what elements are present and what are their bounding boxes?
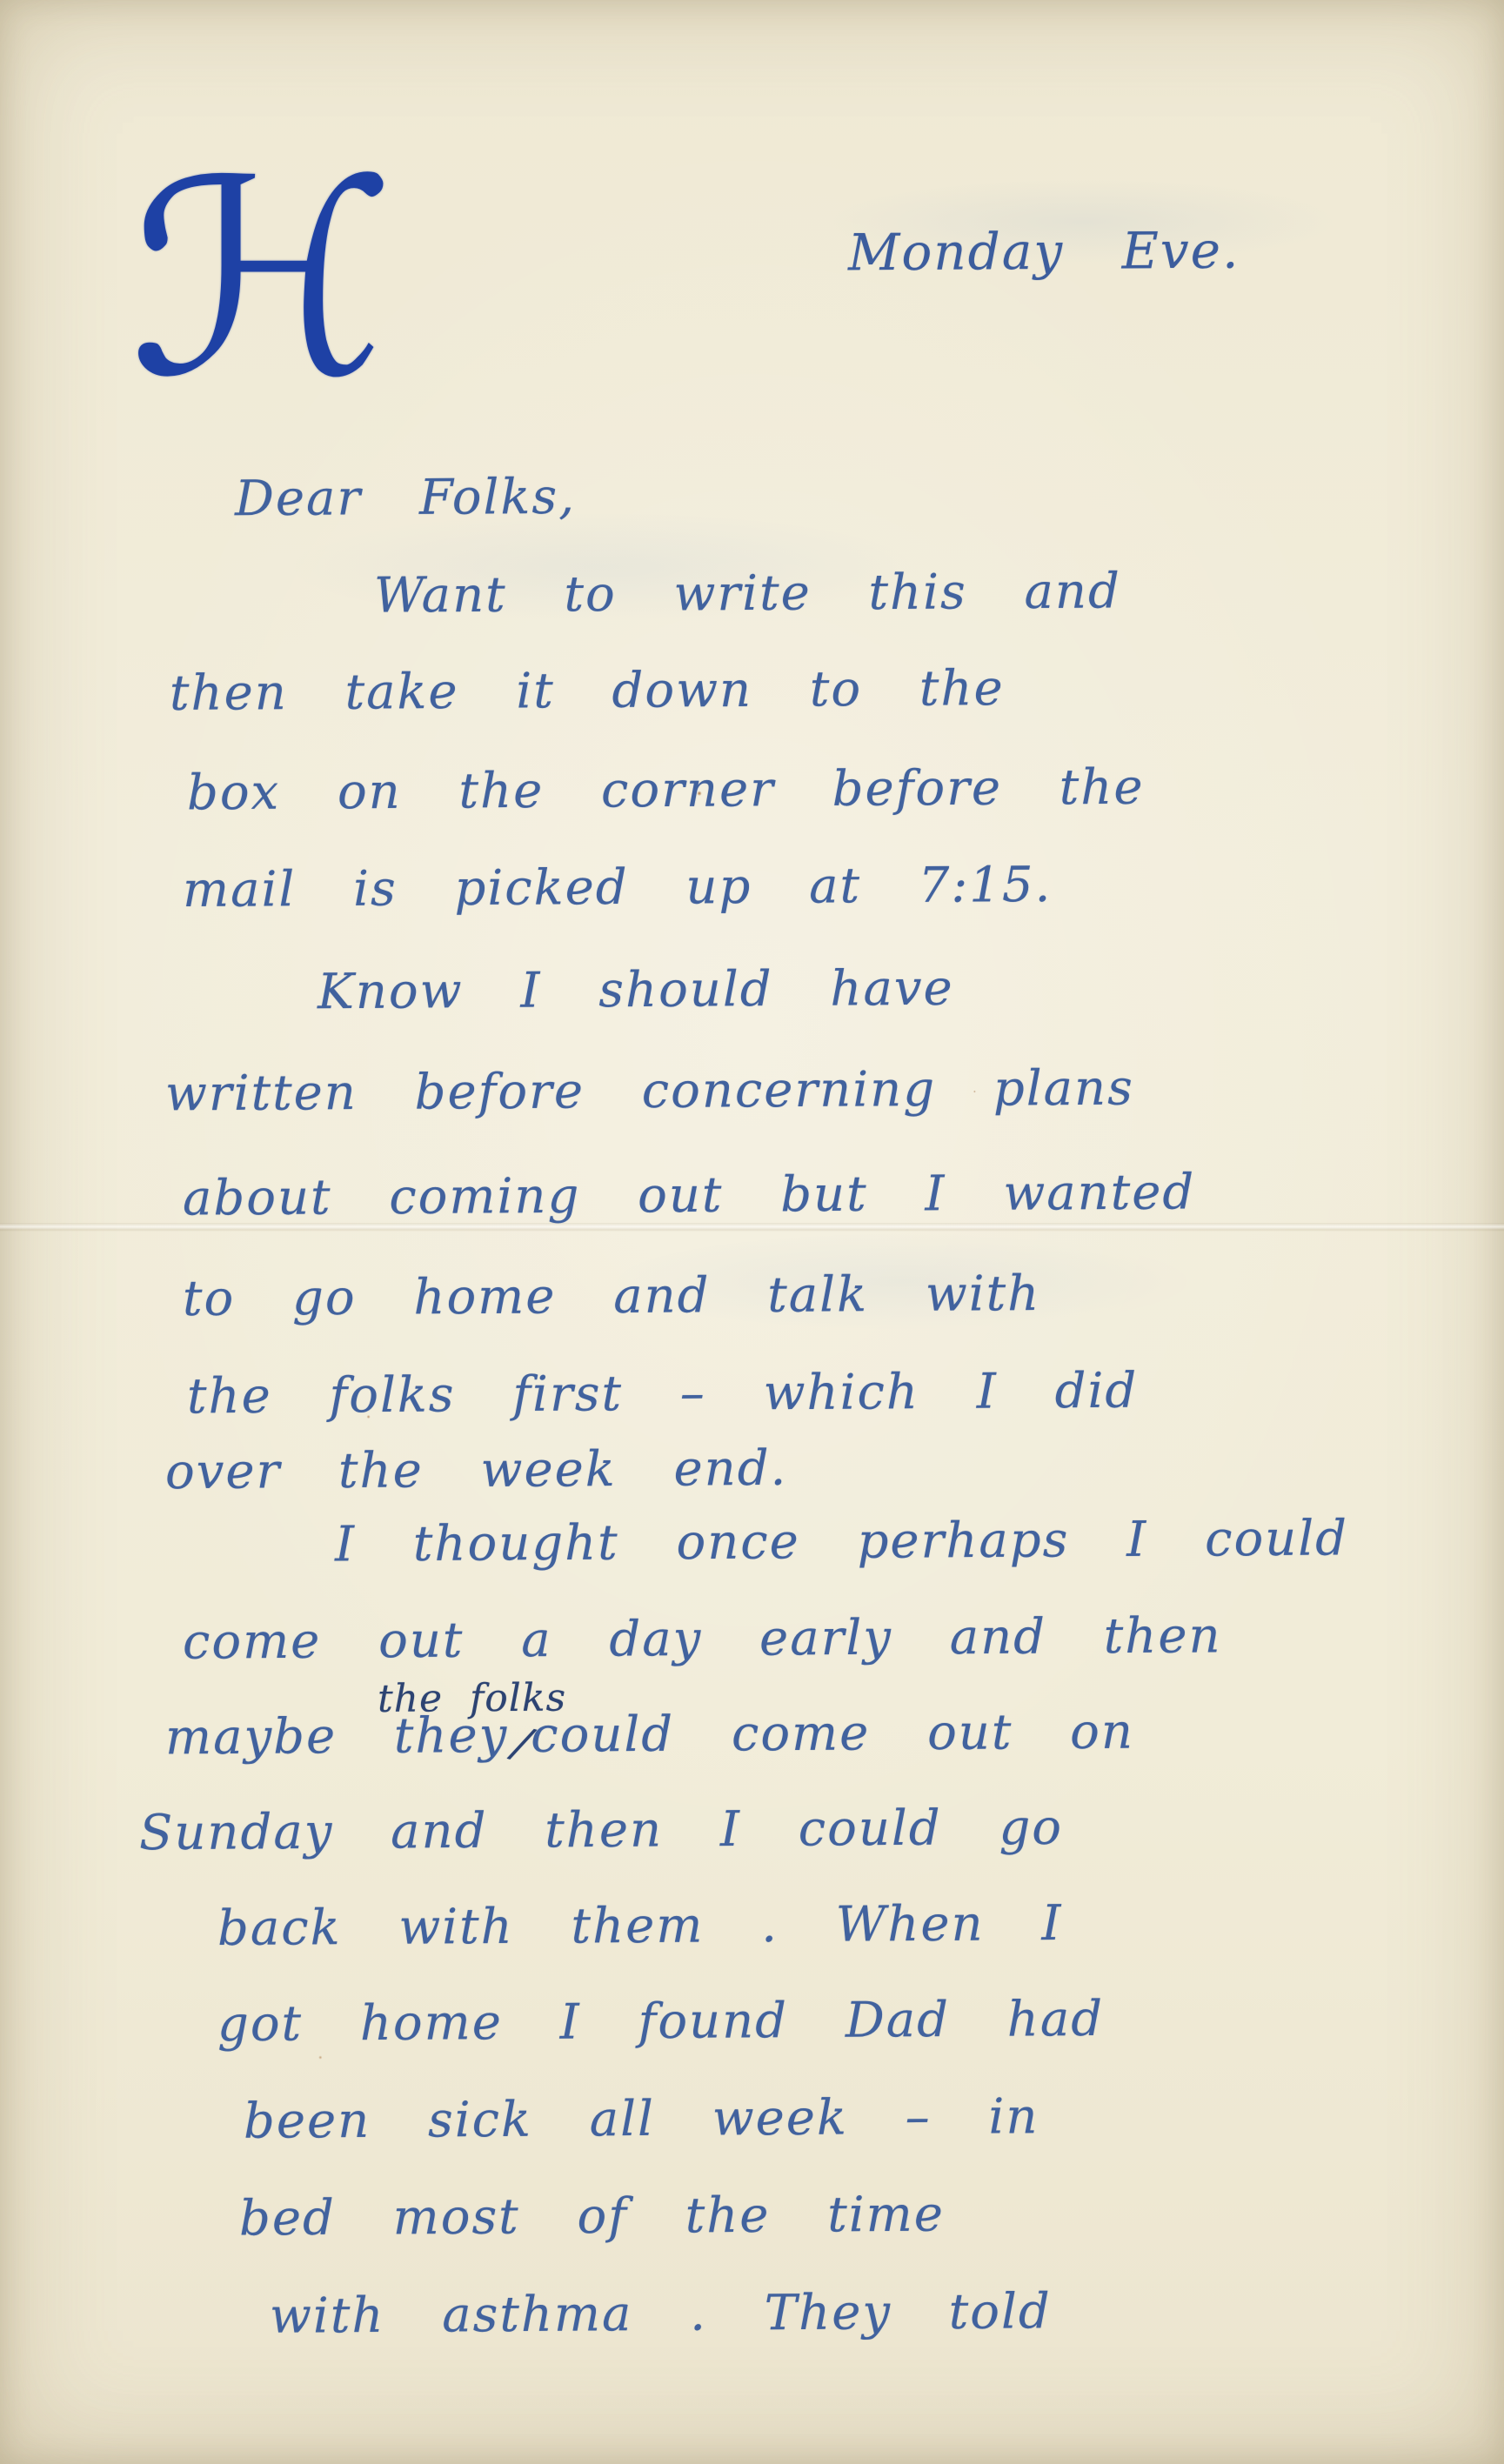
line-post-text: could come out on (531, 1704, 1134, 1764)
date-line: Monday Eve. (848, 221, 1240, 283)
handwriting-line: over the week end. (165, 1440, 788, 1500)
handwriting-line: written before concerning plans (165, 1060, 1134, 1123)
handwriting-line: I thought once perhaps I could (335, 1510, 1348, 1573)
handwriting-line: Want to write this and (374, 563, 1121, 624)
handwriting-line: come out a day early and then (183, 1607, 1222, 1670)
letterhead-monogram-h: ℋ (129, 146, 395, 416)
handwriting-line: bed most of the time (239, 2187, 945, 2247)
handwriting-line: Sunday and then I could go (139, 1800, 1063, 1861)
handwriting-line: back with them . When I (217, 1895, 1063, 1957)
handwriting-line: the folks first – which I did (187, 1363, 1139, 1426)
handwriting-line: got home I found Dad had (217, 1991, 1104, 2053)
insertion-point: the folks/ (508, 1707, 531, 1764)
handwriting-line: with asthma . They told (270, 2283, 1052, 2344)
letter-page: ℋ Monday Eve. Dear Folks, Want to write … (0, 0, 1504, 2464)
handwriting-line: about coming out but I wanted (183, 1164, 1196, 1226)
inserted-words: the folks (378, 1676, 566, 1721)
handwriting-line: mail is picked up at 7:15. (183, 857, 1053, 918)
handwriting-line: then take it down to the (170, 660, 1005, 722)
handwriting-line-with-insertion: maybe theythe folks/could come out on (165, 1704, 1134, 1766)
handwriting-line: box on the corner before the (187, 759, 1145, 822)
handwriting-line: been sick all week – in (244, 2088, 1039, 2150)
salutation: Dear Folks, (235, 469, 576, 527)
handwriting-line: to go home and talk with (183, 1265, 1041, 1327)
handwriting-line: Know I should have (318, 960, 954, 1020)
